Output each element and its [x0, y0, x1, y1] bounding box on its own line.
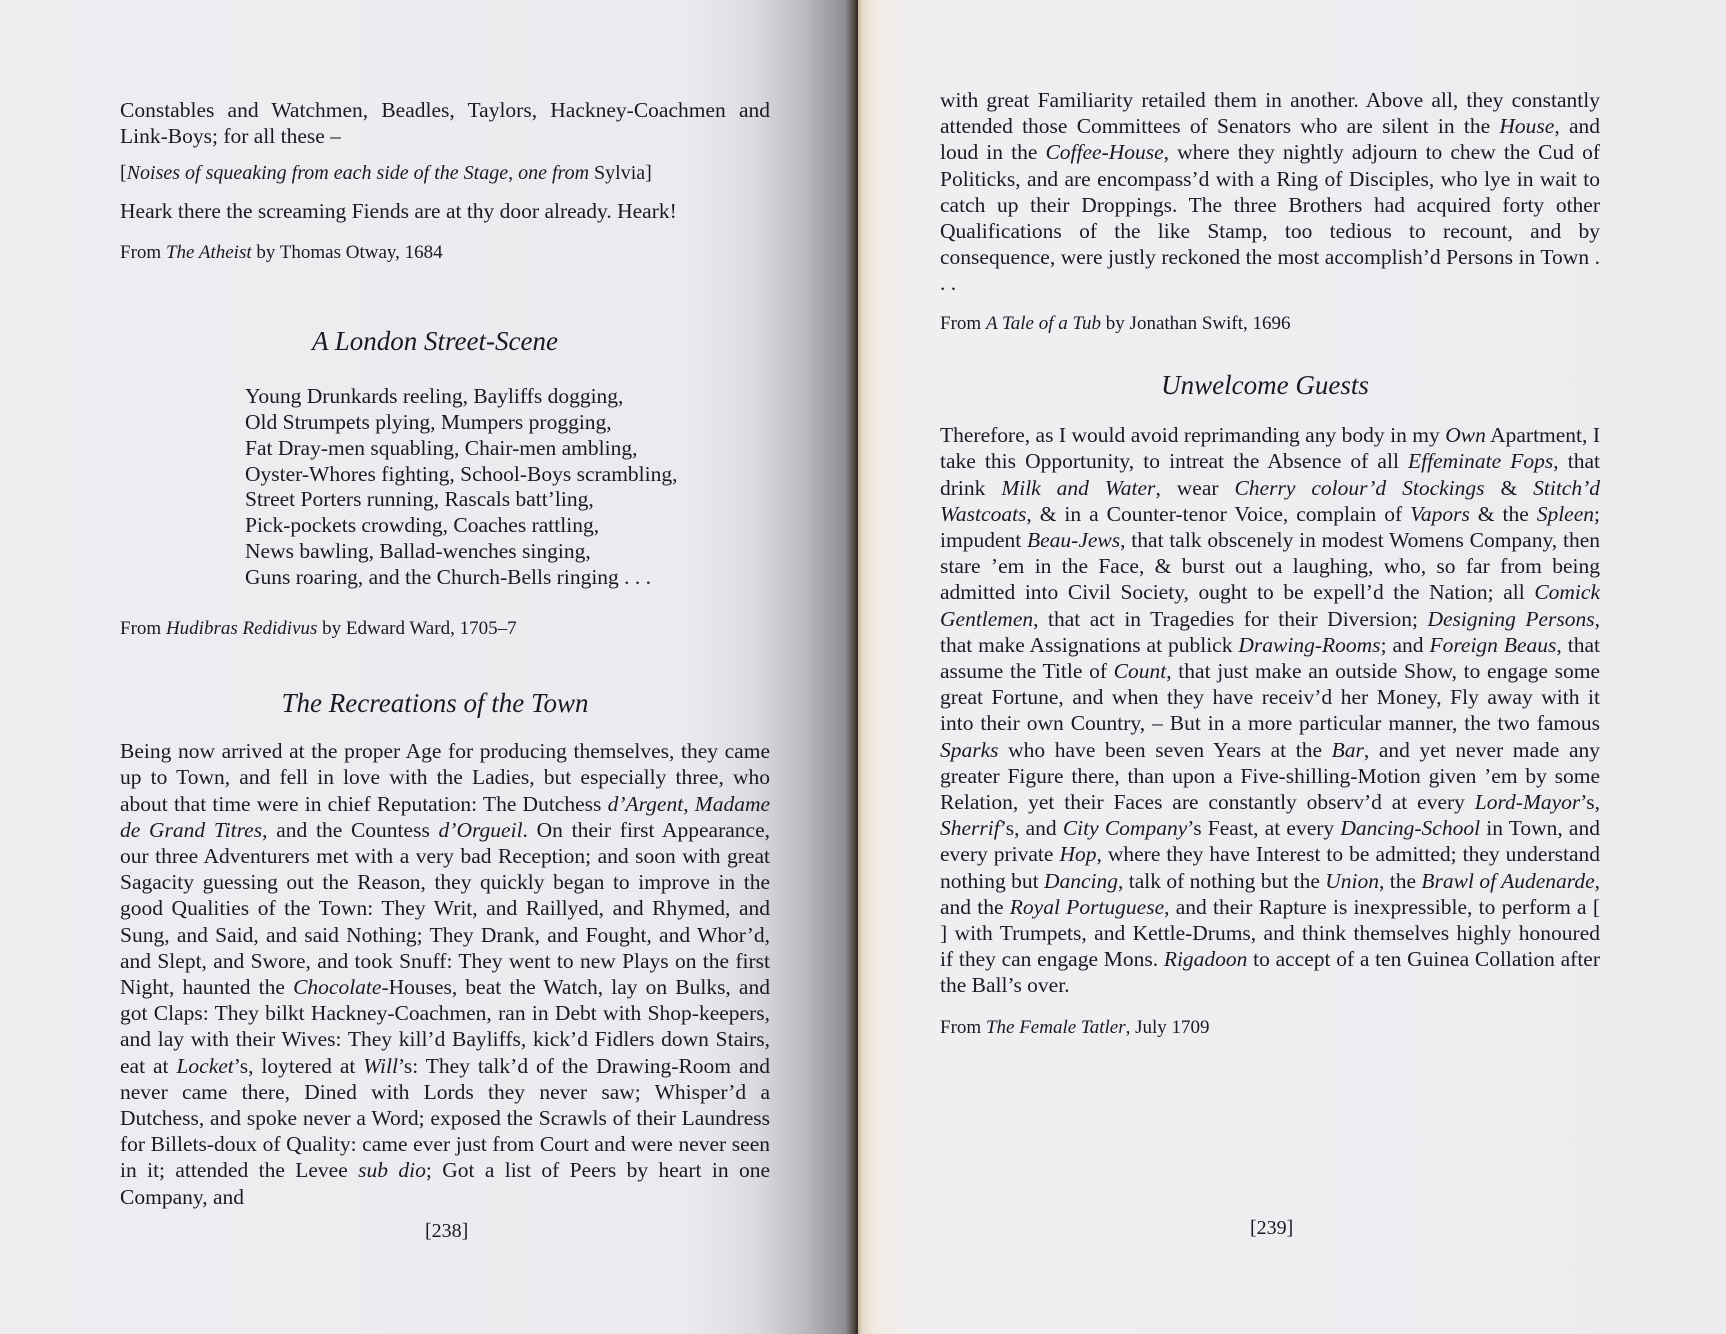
source-citation-tatler: From The Female Tatler, July 1709	[940, 1015, 1600, 1041]
left-opening: Constables and Watchmen, Beadles, Taylor…	[120, 97, 770, 266]
verse-line: Guns roaring, and the Church-Bells ringi…	[245, 565, 770, 591]
verse-line: Fat Dray-men squabling, Chair-men amblin…	[245, 436, 770, 462]
italic-run: Dancing-School	[1340, 816, 1480, 840]
section-title: A London Street-Scene	[120, 328, 770, 354]
closing-line-text: Heark there the screaming Fiends are at …	[120, 199, 677, 223]
source-title: The Female Tatler	[986, 1017, 1126, 1038]
verse-line: Oyster-Whores fighting, School-Boys scra…	[245, 462, 770, 488]
verse: Young Drunkards reeling, Bayliffs doggin…	[245, 384, 770, 590]
italic-run: sub dio	[358, 1158, 426, 1182]
body-paragraph: Being now arrived at the proper Age for …	[120, 738, 770, 1210]
italic-run: Dancing	[1044, 869, 1118, 893]
italic-run: d’Argent	[608, 792, 684, 816]
source-title: A Tale of a Tub	[986, 313, 1101, 334]
source-suffix: by Edward Ward, 1705–7	[317, 618, 516, 639]
opening-paragraph-line-2: Link-Boys; for all these –	[120, 123, 770, 149]
source-suffix: by Jonathan Swift, 1696	[1101, 313, 1290, 334]
right-continuation: with great Familiarity retailed them in …	[940, 87, 1600, 337]
section-recreations: The Recreations of the Town Being now ar…	[120, 690, 770, 1210]
italic-run: Rigadoon	[1164, 947, 1248, 971]
source-prefix: From	[940, 1017, 986, 1038]
italic-run: Beau-Jews	[1027, 528, 1120, 552]
continuation-paragraph: with great Familiarity retailed them in …	[940, 87, 1600, 297]
verse-line: Old Strumpets plying, Mumpers progging,	[245, 410, 770, 436]
italic-run: d’Orgueil	[439, 818, 523, 842]
source-title: Hudibras Redidivus	[166, 618, 317, 639]
page-number-right: [239]	[1250, 1217, 1293, 1240]
italic-run: Royal Portuguese	[1010, 895, 1164, 919]
italic-run: House	[1499, 114, 1554, 138]
stage-direction-italic: Noises of squeaking from each side of th…	[127, 162, 589, 184]
italic-run: Drawing-Rooms	[1238, 633, 1380, 657]
book-spread: Constables and Watchmen, Beadles, Taylor…	[0, 0, 1726, 1334]
italic-run: Effeminate Fops	[1408, 449, 1553, 473]
italic-run: City Company	[1063, 816, 1187, 840]
italic-run: Spleen	[1537, 502, 1594, 526]
page-number-left: [238]	[425, 1220, 468, 1243]
italic-run: Designing Persons	[1427, 607, 1594, 631]
stage-direction-name: Sylvia	[594, 162, 645, 184]
verse-line: Young Drunkards reeling, Bayliffs doggin…	[245, 384, 770, 410]
source-citation-atheist: From The Atheist by Thomas Otway, 1684	[120, 240, 770, 266]
italic-run: Sherrif	[940, 816, 1000, 840]
closing-line: Heark there the screaming Fiends are at …	[120, 198, 770, 224]
opening-paragraph: Constables and Watchmen, Beadles, Taylor…	[120, 97, 770, 123]
opening-line-2: Link-Boys; for all these –	[120, 124, 341, 148]
italic-run: Milk and Water	[1001, 476, 1155, 500]
stage-direction: [Noises of squeaking from each side of t…	[120, 160, 770, 186]
italic-run: Vapors	[1410, 502, 1470, 526]
source-suffix: by Thomas Otway, 1684	[252, 242, 443, 263]
italic-run: Chocolate	[293, 975, 381, 999]
section-title: The Recreations of the Town	[120, 690, 770, 716]
source-title: The Atheist	[166, 242, 252, 263]
source-prefix: From	[120, 242, 166, 263]
body-paragraph: Therefore, as I would avoid reprimanding…	[940, 422, 1600, 998]
italic-run: Bar	[1332, 738, 1364, 762]
source-prefix: From	[120, 618, 166, 639]
section-title: Unwelcome Guests	[940, 372, 1600, 398]
source-citation-hudibras: From Hudibras Redidivus by Edward Ward, …	[120, 616, 770, 642]
italic-run: Brawl of Audenarde	[1421, 869, 1594, 893]
source-suffix: , July 1709	[1126, 1017, 1210, 1038]
italic-run: Cherry colour’d Stockings	[1234, 476, 1484, 500]
verse-line: News bawling, Ballad-wenches singing,	[245, 539, 770, 565]
italic-run: Locket	[176, 1054, 233, 1078]
italic-run: Hop	[1059, 842, 1096, 866]
italic-run: Will	[363, 1054, 398, 1078]
italic-run: Lord-Mayor	[1475, 790, 1581, 814]
source-citation-tub: From A Tale of a Tub by Jonathan Swift, …	[940, 311, 1600, 337]
section-unwelcome-guests: Unwelcome Guests Therefore, as I would a…	[940, 372, 1600, 1041]
italic-run: Count	[1114, 659, 1167, 683]
italic-run: Sparks	[940, 738, 999, 762]
opening-line-1: Constables and Watchmen, Beadles, Taylor…	[120, 98, 770, 122]
italic-run: Own	[1445, 423, 1486, 447]
verse-line: Pick-pockets crowding, Coaches rattling,	[245, 513, 770, 539]
italic-run: Union	[1325, 869, 1379, 893]
italic-run: Coffee-House	[1045, 140, 1163, 164]
verse-line: Street Porters running, Rascals batt’lin…	[245, 487, 770, 513]
section-london-street-scene: A London Street-Scene Young Drunkards re…	[120, 328, 770, 642]
italic-run: Foreign Beaus	[1429, 633, 1556, 657]
source-prefix: From	[940, 313, 986, 334]
